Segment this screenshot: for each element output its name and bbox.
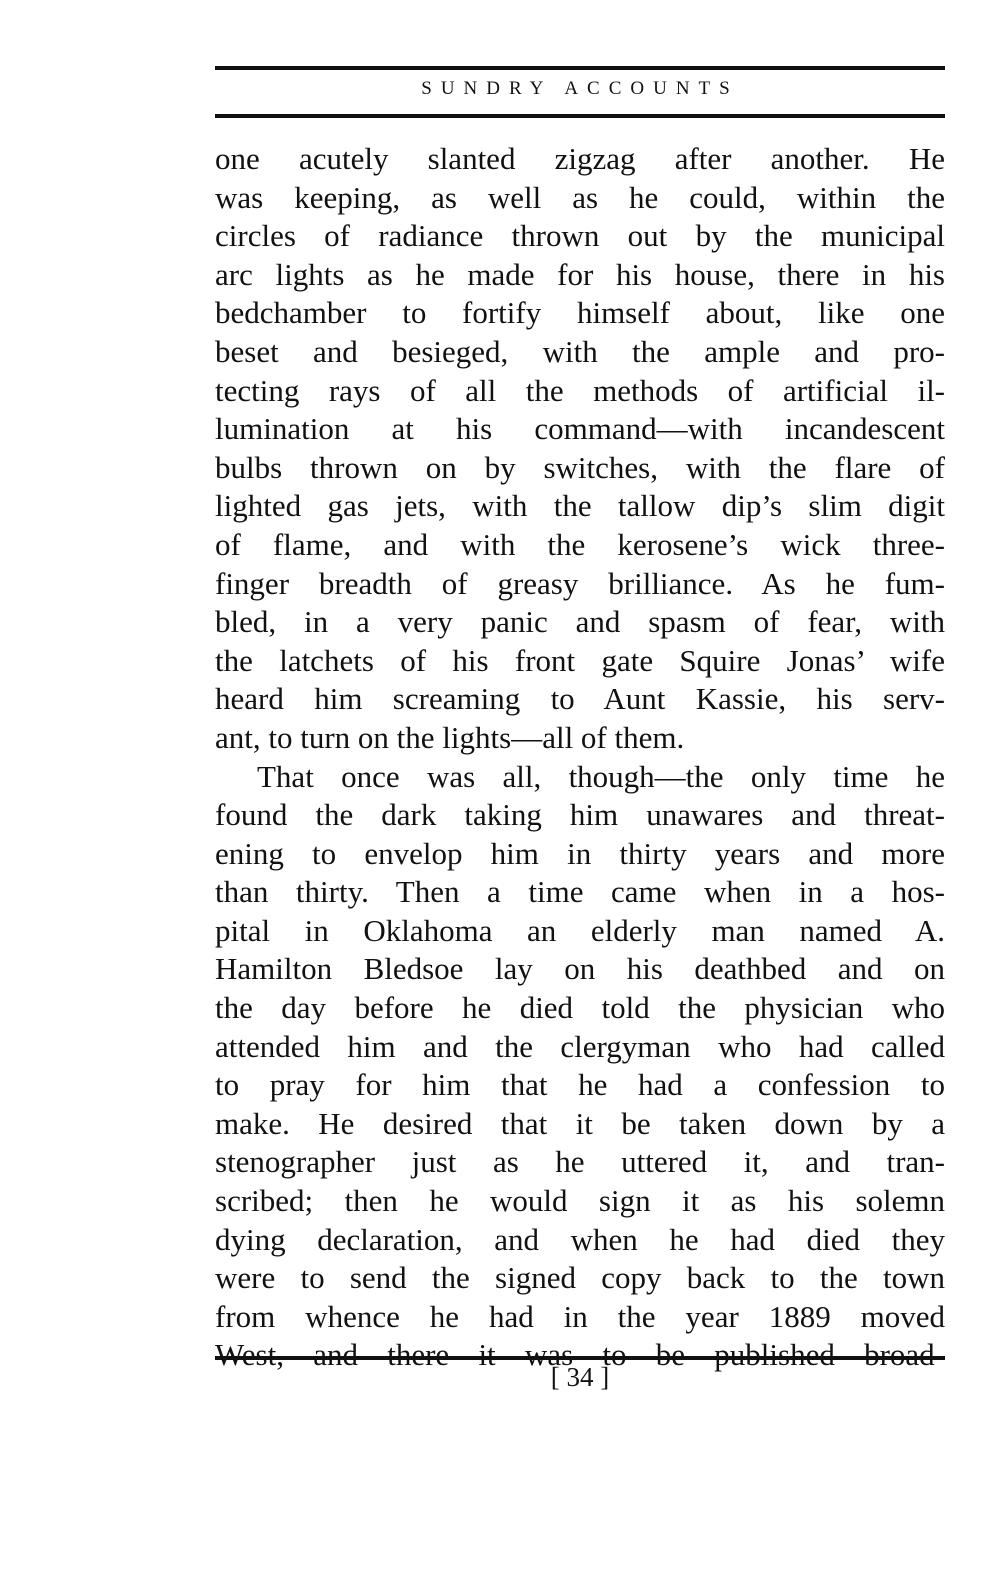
- text-line: tecting rays of all the methods of artif…: [215, 372, 945, 411]
- text-line-content: pital in Oklahoma an elderly man named A…: [215, 912, 945, 951]
- text-line: pital in Oklahoma an elderly man named A…: [215, 912, 945, 951]
- text-line: dying declaration, and when he had died …: [215, 1221, 945, 1260]
- text-line-content: Hamilton Bledsoe lay on his deathbed and…: [215, 950, 945, 989]
- text-line-content: lighted gas jets, with the tallow dip’s …: [215, 487, 945, 526]
- text-line: the latchets of his front gate Squire Jo…: [215, 642, 945, 681]
- text-line: were to send the signed copy back to the…: [215, 1259, 945, 1298]
- text-line: scribed; then he would sign it as his so…: [215, 1182, 945, 1221]
- text-line: to pray for him that he had a confession…: [215, 1066, 945, 1105]
- text-line: than thirty. Then a time came when in a …: [215, 873, 945, 912]
- text-line: from whence he had in the year 1889 move…: [215, 1298, 945, 1337]
- text-line: arc lights as he made for his house, the…: [215, 256, 945, 295]
- text-line: circles of radiance thrown out by the mu…: [215, 217, 945, 256]
- page-number: [ 34 ]: [215, 1362, 945, 1393]
- text-line-content: tecting rays of all the methods of artif…: [215, 372, 945, 411]
- text-line: lighted gas jets, with the tallow dip’s …: [215, 487, 945, 526]
- text-line: bulbs thrown on by switches, with the fl…: [215, 449, 945, 488]
- text-line-content: the day before he died told the physicia…: [215, 989, 945, 1028]
- text-line-content: to pray for him that he had a confession…: [215, 1066, 945, 1105]
- text-line-content: make. He desired that it be taken down b…: [215, 1105, 945, 1144]
- text-line-content: dying declaration, and when he had died …: [215, 1221, 945, 1260]
- header-rule-top: [215, 66, 945, 70]
- text-line: bled, in a very panic and spasm of fear,…: [215, 603, 945, 642]
- text-line-content: was keeping, as well as he could, within…: [215, 179, 945, 218]
- text-line: That once was all, though—the only time …: [215, 758, 945, 797]
- text-line-content: than thirty. Then a time came when in a …: [215, 873, 945, 912]
- text-line-content: ening to envelop him in thirty years and…: [215, 835, 945, 874]
- text-line-content: heard him screaming to Aunt Kassie, his …: [215, 680, 945, 719]
- text-line-content: stenographer just as he uttered it, and …: [215, 1143, 945, 1182]
- text-line-content: finger breadth of greasy brilliance. As …: [215, 565, 945, 604]
- text-line: was keeping, as well as he could, within…: [215, 179, 945, 218]
- running-title: SUNDRY ACCOUNTS: [215, 78, 945, 100]
- text-line-content: arc lights as he made for his house, the…: [215, 256, 945, 295]
- text-line: make. He desired that it be taken down b…: [215, 1105, 945, 1144]
- text-line-content: attended him and the clergyman who had c…: [215, 1028, 945, 1067]
- text-line: the day before he died told the physicia…: [215, 989, 945, 1028]
- text-line: one acutely slanted zigzag after another…: [215, 140, 945, 179]
- text-line: of flame, and with the kerosene’s wick t…: [215, 526, 945, 565]
- text-line: stenographer just as he uttered it, and …: [215, 1143, 945, 1182]
- text-line-content: found the dark taking him unawares and t…: [215, 796, 945, 835]
- text-line-content: bedchamber to fortify himself about, lik…: [215, 294, 945, 333]
- text-line-content: were to send the signed copy back to the…: [215, 1259, 945, 1298]
- text-line-content: the latchets of his front gate Squire Jo…: [215, 642, 945, 681]
- text-line: attended him and the clergyman who had c…: [215, 1028, 945, 1067]
- text-line-content: That once was all, though—the only time …: [215, 758, 945, 797]
- text-line: finger breadth of greasy brilliance. As …: [215, 565, 945, 604]
- body-text: one acutely slanted zigzag after another…: [215, 140, 945, 1375]
- text-line-content: one acutely slanted zigzag after another…: [215, 140, 945, 179]
- text-line: ant, to turn on the lights—all of them.: [215, 719, 945, 758]
- text-line-content: ant, to turn on the lights—all of them.: [215, 719, 945, 758]
- text-line-content: of flame, and with the kerosene’s wick t…: [215, 526, 945, 565]
- footer-rule: [215, 1356, 945, 1360]
- text-line-content: bled, in a very panic and spasm of fear,…: [215, 603, 945, 642]
- text-line: bedchamber to fortify himself about, lik…: [215, 294, 945, 333]
- text-line-content: from whence he had in the year 1889 move…: [215, 1298, 945, 1337]
- text-line: lumination at his command—with incandesc…: [215, 410, 945, 449]
- text-line: Hamilton Bledsoe lay on his deathbed and…: [215, 950, 945, 989]
- text-line: ening to envelop him in thirty years and…: [215, 835, 945, 874]
- text-line: heard him screaming to Aunt Kassie, his …: [215, 680, 945, 719]
- text-line-content: scribed; then he would sign it as his so…: [215, 1182, 945, 1221]
- text-line-content: lumination at his command—with incandesc…: [215, 410, 945, 449]
- header-rule-bottom: [215, 114, 945, 118]
- text-line-content: beset and besieged, with the ample and p…: [215, 333, 945, 372]
- text-line: beset and besieged, with the ample and p…: [215, 333, 945, 372]
- text-line-content: bulbs thrown on by switches, with the fl…: [215, 449, 945, 488]
- text-line-content: circles of radiance thrown out by the mu…: [215, 217, 945, 256]
- text-line: found the dark taking him unawares and t…: [215, 796, 945, 835]
